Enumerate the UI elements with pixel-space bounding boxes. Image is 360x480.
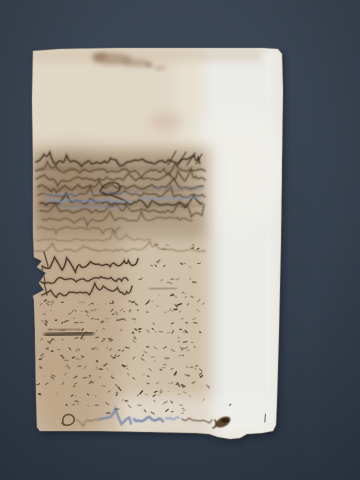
page-number-tick [265, 414, 266, 422]
paper-sheet [10, 46, 290, 450]
manuscript-image [0, 0, 360, 480]
paper-stains [10, 46, 290, 450]
photo-of-manuscript [0, 0, 360, 480]
